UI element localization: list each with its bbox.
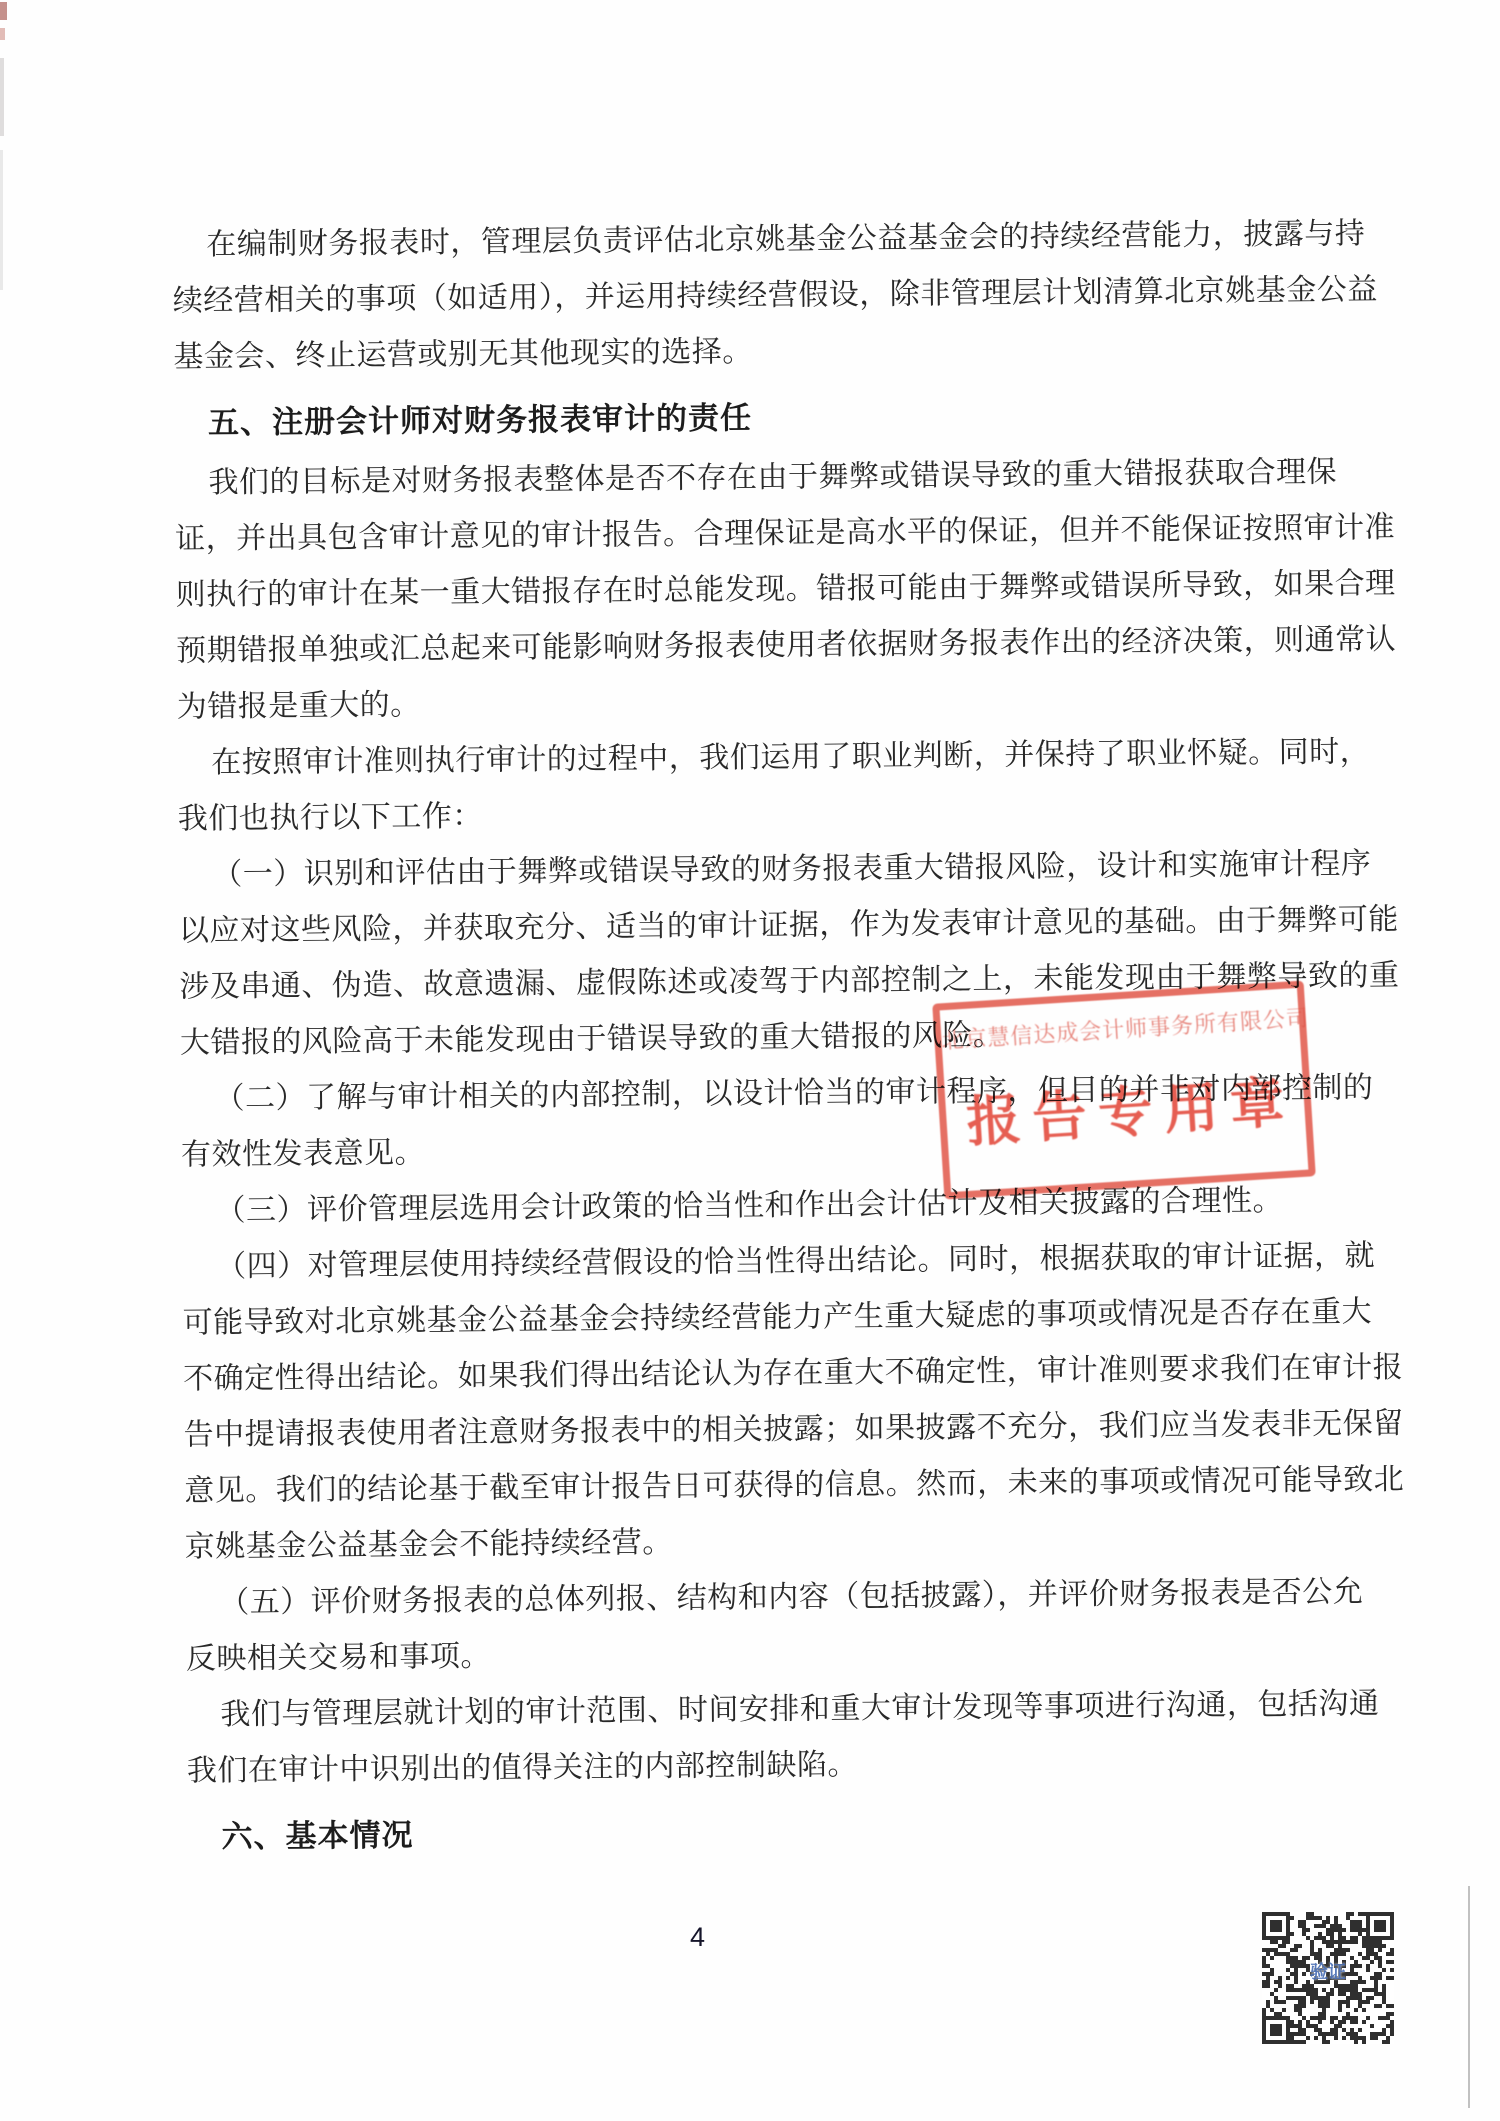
text-line: 续经营相关的事项（如适用），并运用持续经营假设，除非管理层计划清算北京姚基金公益 (173, 262, 1363, 329)
section-heading: 六、基本情况 (187, 1798, 1377, 1865)
scan-mark (0, 28, 5, 40)
text-line: 基金会、终止运营或别无其他现实的选择。 (173, 318, 1363, 385)
text-line: 预期错报单独或汇总起来可能影响财务报表使用者依据财务报表作出的经济决策，则通常认 (176, 612, 1366, 679)
scan-mark (0, 150, 3, 290)
text-line: 意见。我们的结论基于截至审计报告日可获得的信息。然而，未来的事项或情况可能导致北 (184, 1452, 1374, 1519)
page-number: 4 (690, 1922, 705, 1953)
text-line: 在按照审计准则执行审计的过程中，我们运用了职业判断，并保持了职业怀疑。同时， (177, 724, 1367, 791)
scan-mark (0, 2, 7, 20)
text-line: （五）评价财务报表的总体列报、结构和内容（包括披露），并评价财务报表是否公允 (185, 1564, 1375, 1631)
seal-title: 报告专用章 (944, 1059, 1306, 1158)
scan-mark (0, 58, 4, 136)
company-seal: 北京慧信达成会计师事务所有限公司 报告专用章 (932, 981, 1316, 1200)
text-line: 我们与管理层就计划的审计范围、时间安排和重大审计发现等事项进行沟通，包括沟通 (186, 1676, 1376, 1743)
seal-company-name: 北京慧信达成会计师事务所有限公司 (941, 1002, 1300, 1055)
qr-center-label: 验证 (1262, 1958, 1394, 1984)
qr-code: 验证 (1262, 1912, 1394, 2044)
document-page: 在编制财务报表时，管理层负责评估北京姚基金公益基金会的持续经营能力，披露与持续经… (0, 0, 1500, 2121)
section-heading: 五、注册会计师对财务报表审计的责任 (174, 384, 1364, 451)
scan-artifact-vertical-line (1468, 1886, 1470, 2108)
text-line: 我们在审计中识别出的值得关注的内部控制缺陷。 (187, 1732, 1377, 1799)
